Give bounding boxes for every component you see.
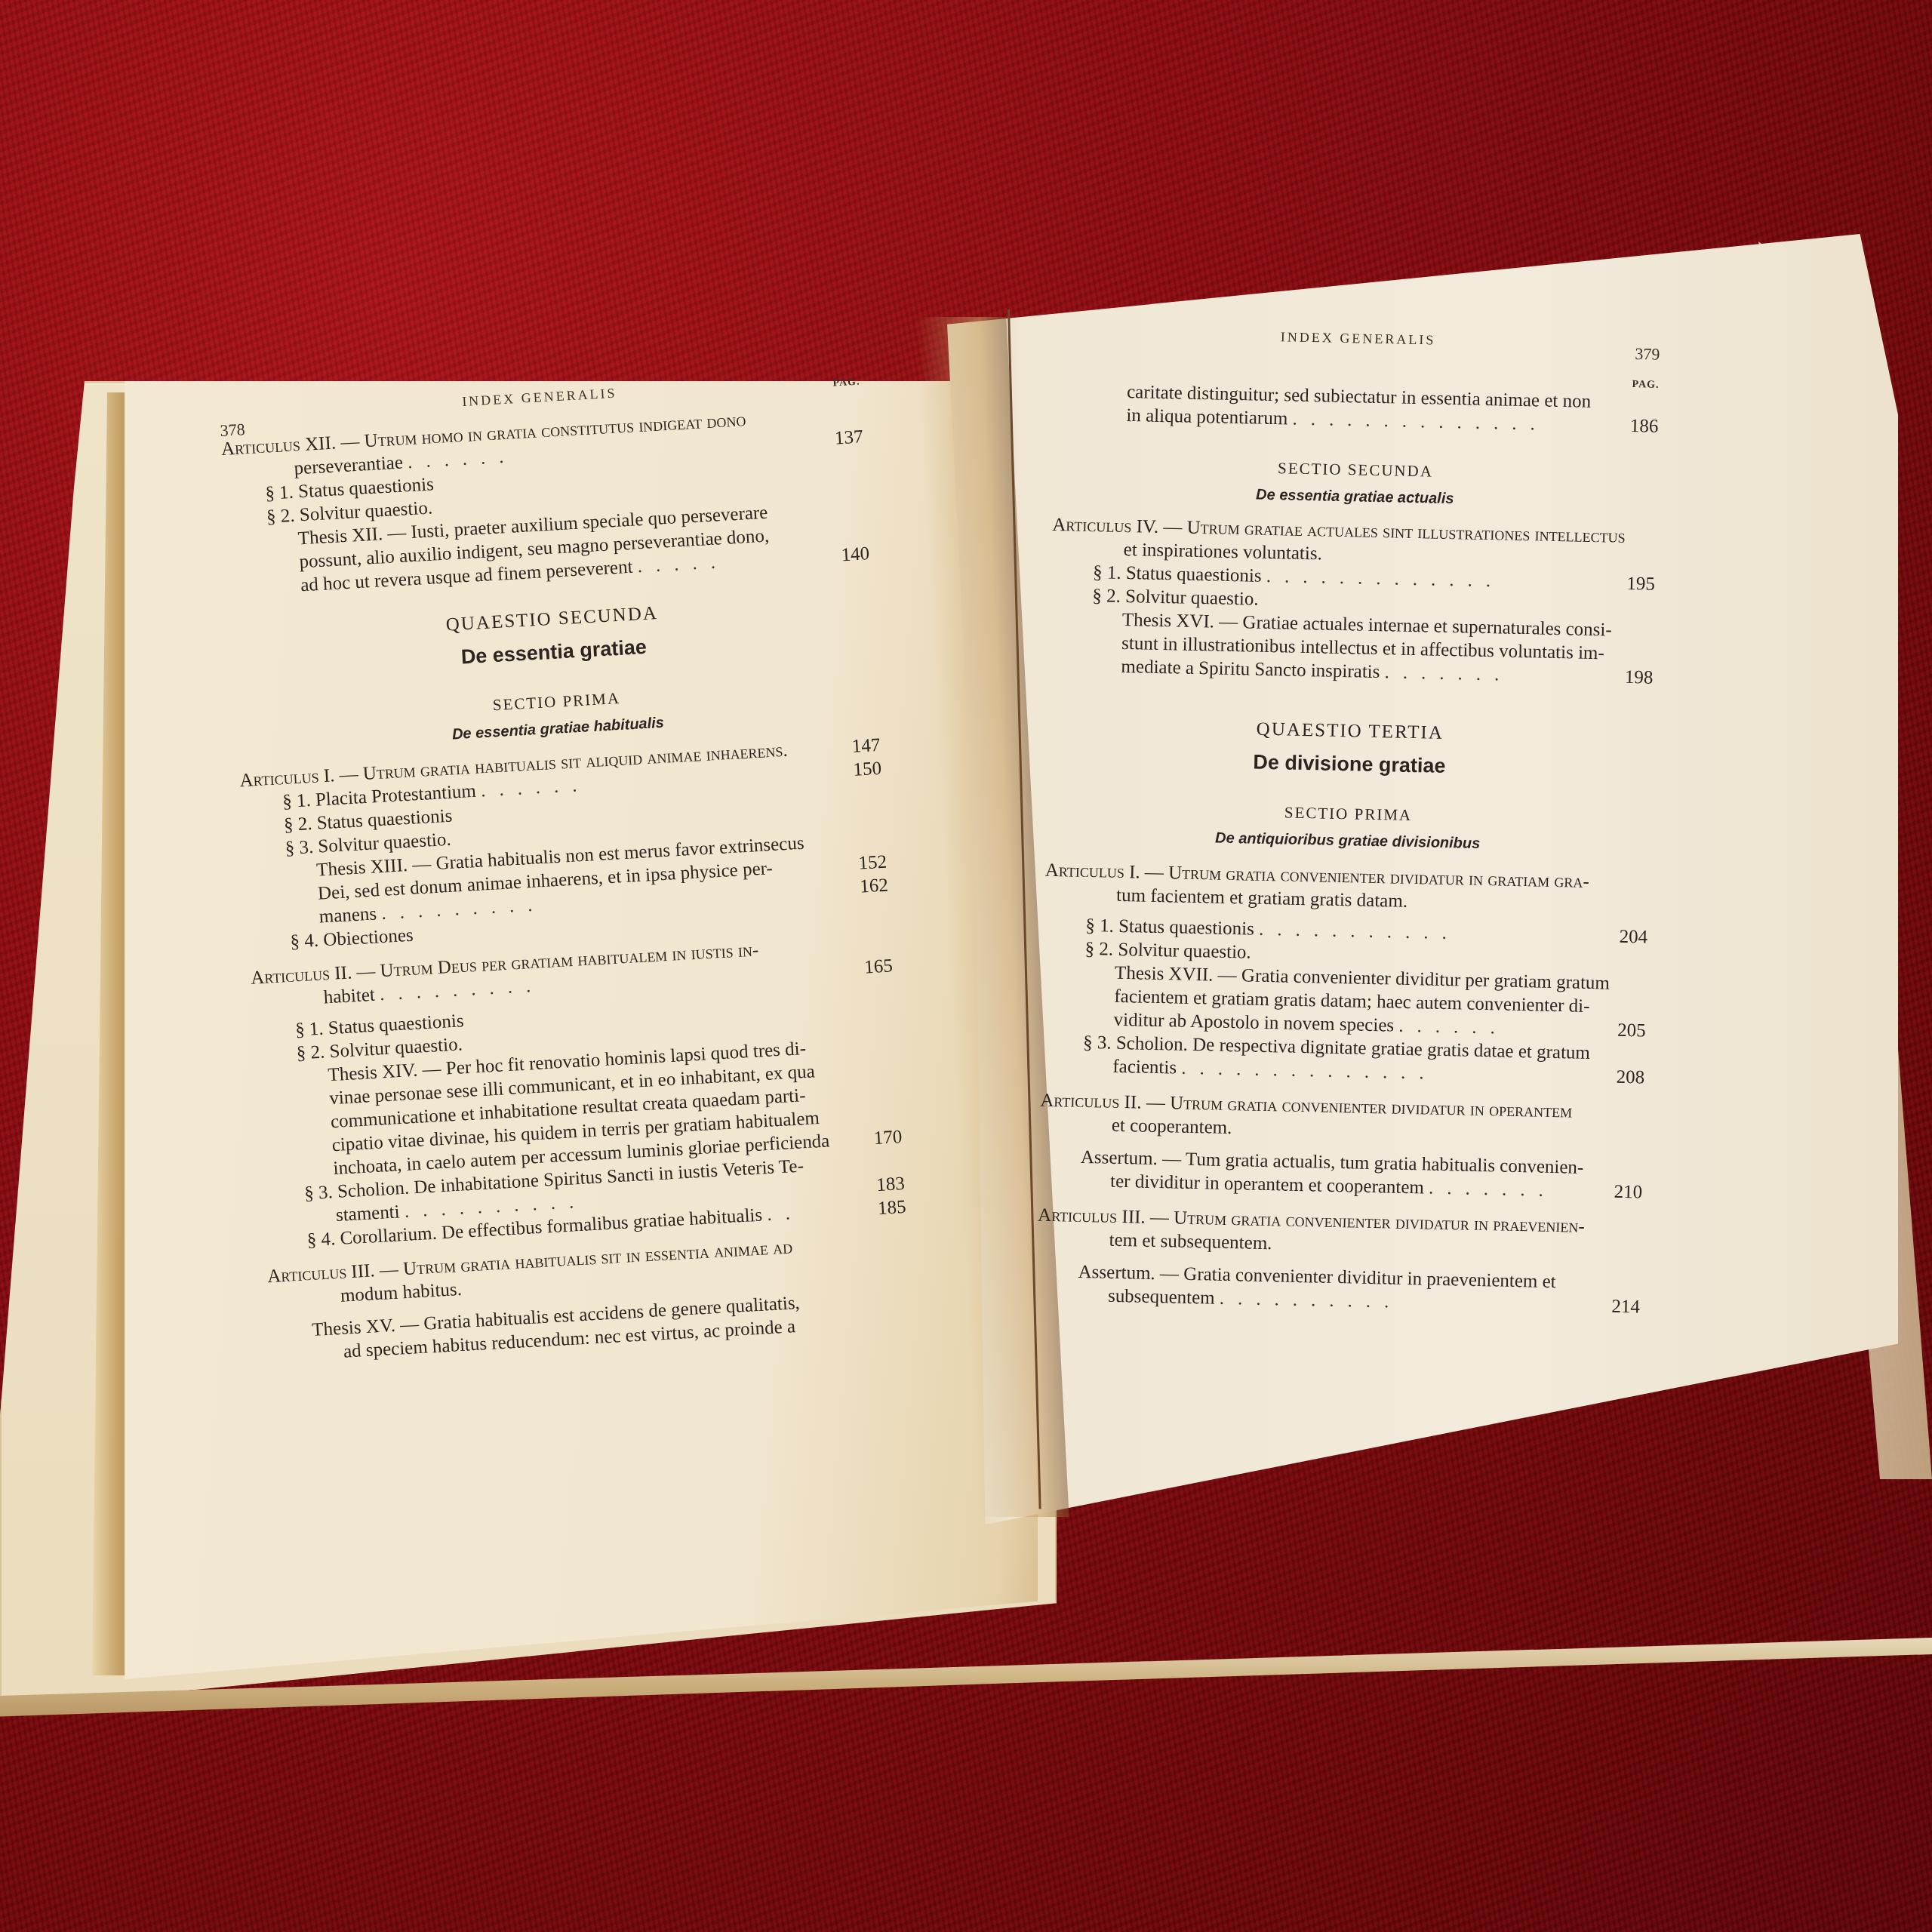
page-number: 214 — [1611, 1295, 1640, 1319]
right-entries-mid: Articulus IV. — Utrum gratiae actuales s… — [1049, 513, 1656, 690]
page-number: 162 — [859, 874, 888, 899]
page-number: 205 — [1617, 1019, 1646, 1043]
sectio-heading: SECTIO PRIMA — [1046, 798, 1650, 830]
page-number: 147 — [851, 734, 881, 758]
right-folio: 379 — [1635, 344, 1660, 365]
sectio-subtitle: De antiquioribus gratiae divisionibus — [1046, 826, 1650, 857]
page-number: 165 — [863, 954, 893, 979]
page-number: 195 — [1626, 572, 1655, 596]
sectio-heading: SECTIO SECUNDA — [1054, 454, 1657, 486]
page-number: 152 — [858, 851, 888, 875]
left-entries: Articulus I. — Utrum gratia habitualis s… — [239, 734, 913, 1367]
left-page-text: 378 INDEX GENERALIS PAG. Articulus XII. … — [219, 372, 913, 1367]
quaestio-heading: QUAESTIO TERTIA — [1048, 715, 1652, 749]
page-number: 204 — [1619, 925, 1647, 949]
page-number: 186 — [1630, 414, 1659, 438]
page-number: 185 — [877, 1195, 906, 1220]
page-number: 198 — [1625, 666, 1654, 690]
left-pag-label: PAG. — [832, 377, 860, 390]
left-entries-top: Articulus XII. — Utrum homo in gratia co… — [220, 401, 870, 601]
quaestio-subtitle: De divisione gratiae — [1048, 746, 1651, 783]
right-pag-label: PAG. — [1632, 379, 1659, 391]
page-number: 150 — [853, 757, 882, 782]
sectio-subtitle: De essentia gratiae actualis — [1053, 482, 1657, 512]
right-page-text: INDEX GENERALIS 379 PAG. caritate distin… — [1036, 325, 1660, 1318]
page-number: 183 — [876, 1172, 906, 1197]
page-number: 170 — [873, 1125, 903, 1150]
page-number: 208 — [1616, 1066, 1644, 1090]
page-number: 140 — [841, 542, 870, 567]
page-number: 210 — [1614, 1180, 1642, 1204]
page-number: 137 — [834, 425, 863, 450]
open-book: 378 INDEX GENERALIS PAG. Articulus XII. … — [0, 0, 1932, 1932]
right-entries: Articulus I. — Utrum gratia convenienter… — [1036, 859, 1649, 1319]
